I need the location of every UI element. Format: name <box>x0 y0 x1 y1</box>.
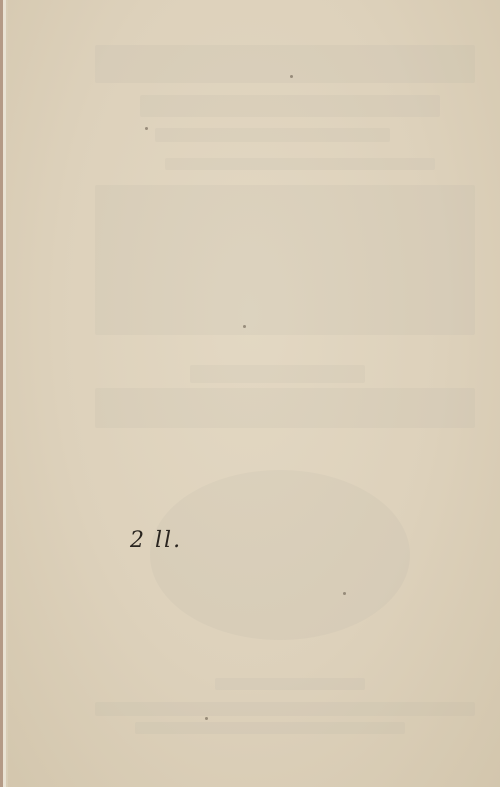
book-page: 2 ll. <box>0 0 500 787</box>
show-through-line <box>140 95 440 117</box>
show-through-line <box>135 722 405 734</box>
show-through-line <box>95 702 475 716</box>
show-through-line <box>215 678 365 690</box>
show-through-title <box>95 45 475 83</box>
show-through-ornament <box>150 470 410 640</box>
paper-speck <box>145 127 148 130</box>
show-through-block <box>95 185 475 335</box>
paper-speck <box>205 717 208 720</box>
show-through-line <box>155 128 390 142</box>
show-through-line <box>190 365 365 383</box>
show-through-line <box>165 158 435 170</box>
page-edge <box>0 0 8 787</box>
paper-speck <box>290 75 293 78</box>
paper-speck <box>343 592 346 595</box>
paper-speck <box>243 325 246 328</box>
show-through-block <box>95 388 475 428</box>
handwritten-note: 2 ll. <box>130 528 182 553</box>
